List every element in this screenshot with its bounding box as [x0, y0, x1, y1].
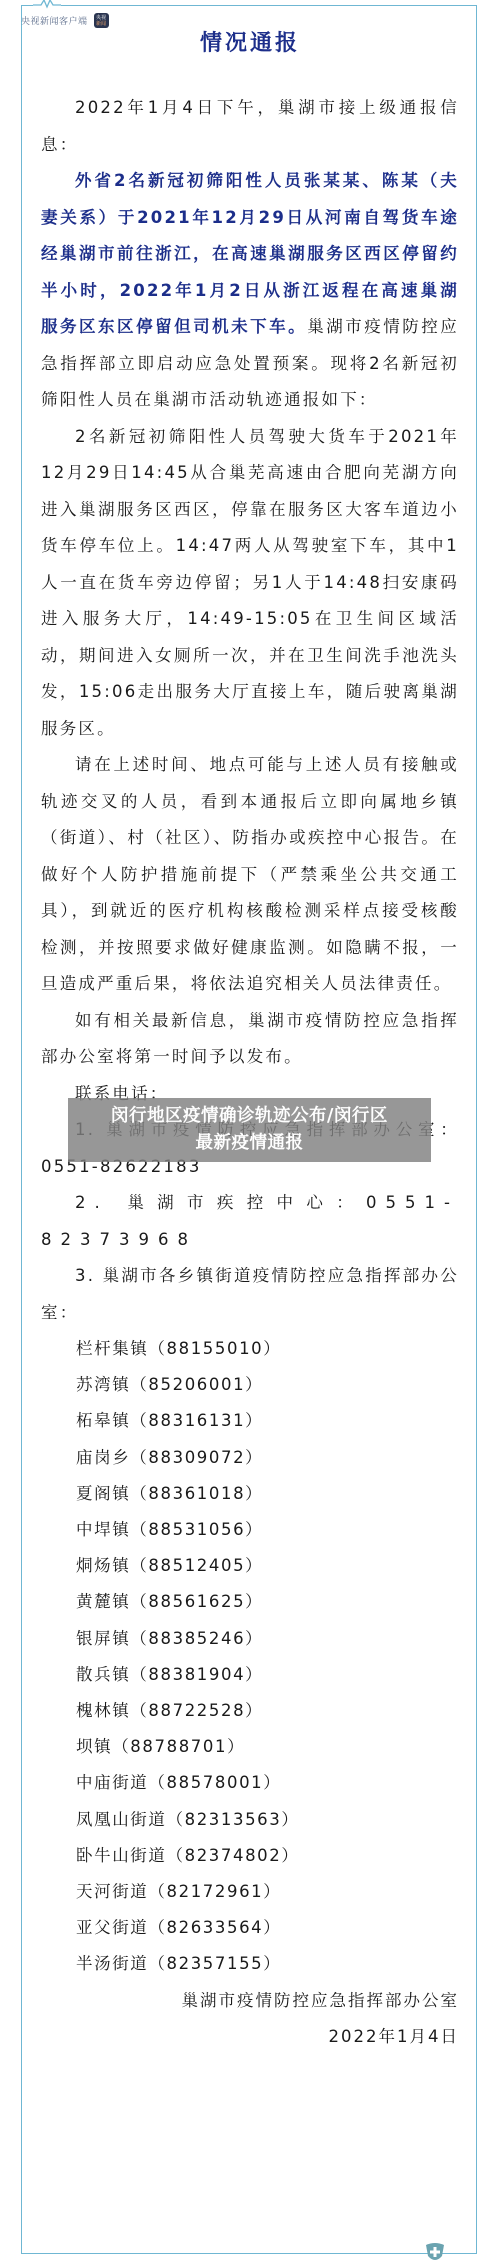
list-item: 亚父街道（82633564）: [41, 1910, 459, 1946]
notice-body: 2022年1月4日下午，巢湖市接上级通报信息： 外省2名新冠初筛阳性人员张某某、…: [41, 90, 459, 2056]
list-item: 苏湾镇（85206001）: [41, 1367, 459, 1403]
list-item: 天河街道（82172961）: [41, 1874, 459, 1910]
list-item: 黄麓镇（88561625）: [41, 1584, 459, 1620]
overlay-line-2: 最新疫情通报: [68, 1130, 431, 1157]
list-item: 散兵镇（88381904）: [41, 1657, 459, 1693]
list-item: 夏阁镇（88361018）: [41, 1476, 459, 1512]
list-item: 中垾镇（88531056）: [41, 1512, 459, 1548]
heartbeat-decoration-icon: [33, 0, 61, 10]
list-item: 庙岗乡（88309072）: [41, 1440, 459, 1476]
headline-overlay[interactable]: 闵行地区疫情确诊轨迹公布/闵行区 最新疫情通报: [68, 1098, 431, 1162]
list-item: 银屏镇（88385246）: [41, 1621, 459, 1657]
page-title: 情况通报: [0, 26, 500, 57]
request-paragraph: 请在上述时间、地点可能与上述人员有接触或轨迹交叉的人员，看到本通报后立即向属地乡…: [41, 747, 459, 1003]
contact-item-2: 2. 巢湖市疾控中心：0551-82373968: [41, 1185, 459, 1258]
list-item: 半汤街道（82357155）: [41, 1946, 459, 1982]
shield-plus-icon: [424, 2242, 446, 2262]
overlay-line-1: 闵行地区疫情确诊轨迹公布/闵行区: [68, 1103, 431, 1130]
contact-item-3: 3. 巢湖市各乡镇街道疫情防控应急指挥部办公室：: [41, 1258, 459, 1331]
track-paragraph: 2名新冠初筛阳性人员驾驶大货车于2021年12月29日14:45从合巢芜高速由合…: [41, 419, 459, 748]
signature-org: 巢湖市疫情防控应急指挥部办公室: [41, 1983, 459, 2020]
list-item: 柘皋镇（88316131）: [41, 1403, 459, 1439]
list-item: 卧牛山街道（82374802）: [41, 1838, 459, 1874]
list-item: 栏杆集镇（88155010）: [41, 1331, 459, 1367]
highlighted-case-text: 外省2名新冠初筛阳性人员张某某、陈某（夫妻关系）于2021年12月29日从河南自…: [41, 171, 459, 336]
list-item: 烔炀镇（88512405）: [41, 1548, 459, 1584]
case-paragraph: 外省2名新冠初筛阳性人员张某某、陈某（夫妻关系）于2021年12月29日从河南自…: [41, 163, 459, 419]
update-paragraph: 如有相关最新信息，巢湖市疫情防控应急指挥部办公室将第一时间予以发布。: [41, 1003, 459, 1076]
intro-paragraph: 2022年1月4日下午，巢湖市接上级通报信息：: [41, 90, 459, 163]
signature-date: 2022年1月4日: [41, 2019, 459, 2056]
list-item: 中庙街道（88578001）: [41, 1765, 459, 1801]
list-item: 槐林镇（88722528）: [41, 1693, 459, 1729]
list-item: 坝镇（88788701）: [41, 1729, 459, 1765]
list-item: 凤凰山街道（82313563）: [41, 1802, 459, 1838]
town-phone-list: 栏杆集镇（88155010） 苏湾镇（85206001） 柘皋镇（8831613…: [41, 1331, 459, 1983]
